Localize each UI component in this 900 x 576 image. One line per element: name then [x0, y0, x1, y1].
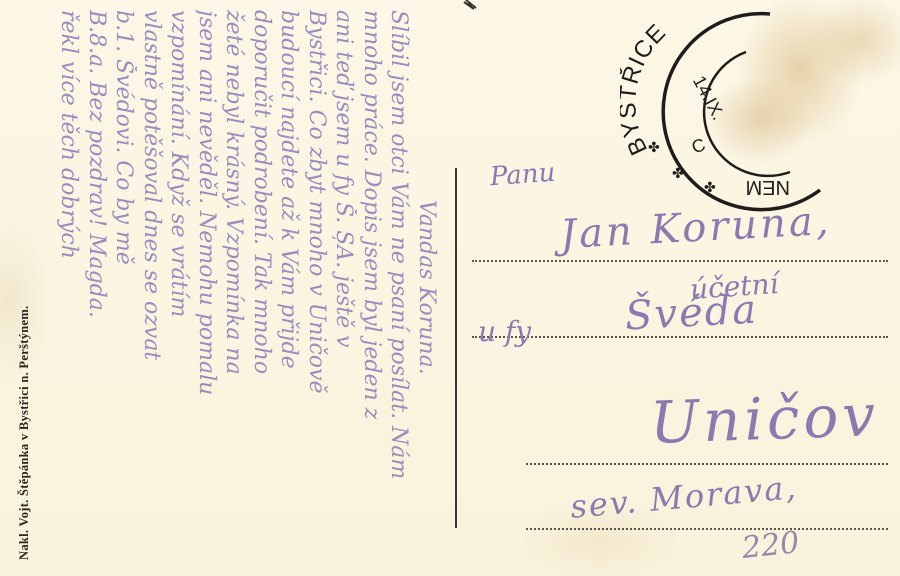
- message-salutation: Vandas Koruna.: [413, 10, 441, 570]
- message-line: b.1. Švédovi. Co by mě: [110, 10, 138, 570]
- publisher-imprint: Nakl. Vojt. Štěpánka v Bystřici n. Peršt…: [17, 306, 32, 560]
- message-line: vzpomínání. Když se vrátím: [165, 10, 193, 570]
- address-salutation: Panu: [489, 158, 556, 192]
- message-line: doporučit podrobení. Tak mnoho: [248, 10, 276, 570]
- address-line-3: [526, 463, 888, 465]
- postcard-back: Nakl. Vojt. Štěpánka v Bystřici n. Peršt…: [0, 0, 900, 576]
- address-firm-name: Švéda: [624, 287, 759, 340]
- message-line: žeté nebyl krásný. Vzpomínka na: [220, 10, 248, 570]
- postmark-ornament-icon: ✤: [672, 167, 684, 182]
- message-line: vlastně potěšoval dnes se ozvat: [138, 10, 166, 570]
- message-line: ani teď jsem u fy Š. ȘA. ještě v: [330, 10, 358, 570]
- address-city: Uničov: [649, 381, 880, 457]
- postmark-stamp: BYSTŘICE NEM 14.IX. C ✤ ✤ ✤: [620, 0, 900, 220]
- message-line: budoucí najdete až k Vám přijde: [275, 10, 303, 570]
- address-code: 220: [740, 525, 801, 566]
- ink-scratch: [440, 0, 500, 30]
- message-line: jsem ani nevěděl. Nemohu pomalu: [193, 10, 221, 570]
- message-address-divider: [455, 168, 457, 528]
- postmark-town-lower: NEM: [746, 176, 790, 198]
- message-line: řekl více těch dobrých: [55, 10, 83, 570]
- postmark-date: 14.IX.: [689, 72, 729, 123]
- postmark-town: BYSTŘICE: [620, 19, 672, 159]
- address-line-1: [472, 260, 888, 262]
- postmark-ornament-icon: ✤: [704, 181, 716, 196]
- address-region: sev. Morava,: [569, 468, 799, 526]
- svg-text:BYSTŘICE: BYSTŘICE: [620, 19, 672, 159]
- message-line: Bystřici. Co zbyt mnoho v Uničově: [303, 10, 331, 570]
- postmark-ornament-icon: ✤: [648, 141, 660, 156]
- handwritten-message: Vandas Koruna. Slíbil jsem otci Vám ne p…: [55, 10, 440, 570]
- message-line: Slíbil jsem otci Vám ne psaní posílat. N…: [385, 10, 413, 570]
- svg-text:NEM: NEM: [746, 176, 790, 198]
- address-line-4: [526, 528, 888, 530]
- postmark-suffix: C: [689, 134, 708, 157]
- message-line: mnoho práce. Dopis jsem byl jeden z: [358, 10, 386, 570]
- message-line: B.8.a. Bez pozdrav! Magda.: [83, 10, 111, 570]
- address-firm-prefix: u fy: [478, 315, 531, 348]
